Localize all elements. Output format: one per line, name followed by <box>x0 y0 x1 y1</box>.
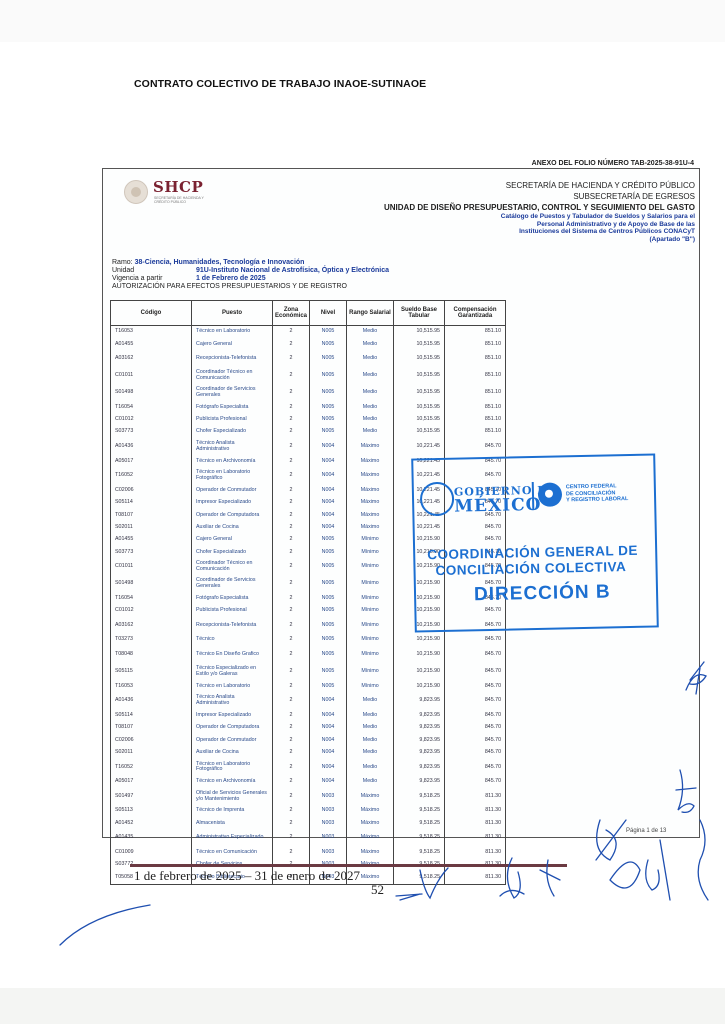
cell-puesto: Chofer Especializado <box>192 546 273 558</box>
cell-puesto: Publicista Profesional <box>192 605 273 617</box>
agency-header: SECRETARÍA DE HACIENDA Y CRÉDITO PÚBLICO… <box>384 180 695 213</box>
cell-sueldo: 9,518.25 <box>394 847 445 859</box>
cell-codigo: A01436 <box>111 693 192 710</box>
cell-codigo: T08107 <box>111 722 192 734</box>
government-seal-icon <box>420 482 455 517</box>
stamp-line-3: DIRECCIÓN B <box>474 581 611 606</box>
cell-zona: 2 <box>273 788 310 805</box>
cell-codigo: A03162 <box>111 617 192 634</box>
cell-compensacion: 845.70 <box>445 646 506 663</box>
table-row: T16054Fotógrafo Especialista2N005Medio10… <box>111 402 506 414</box>
cell-puesto: Técnico en Comunicación <box>192 847 273 859</box>
cell-compensacion: 811.30 <box>445 830 506 847</box>
cell-sueldo: 10,215.90 <box>394 634 445 646</box>
cell-compensacion: 811.30 <box>445 788 506 805</box>
cell-rango: Máximo <box>347 485 394 497</box>
cell-puesto: Administrativo Especializado <box>192 830 273 847</box>
cell-sueldo: 9,823.95 <box>394 759 445 776</box>
table-row: S03773Chofer Especializado2N005Medio10,5… <box>111 426 506 438</box>
cell-nivel: N003 <box>310 847 347 859</box>
cell-rango: Medio <box>347 351 394 368</box>
cell-compensacion: 845.70 <box>445 710 506 722</box>
cell-zona: 2 <box>273 509 310 521</box>
cell-nivel: N005 <box>310 326 347 339</box>
cell-zona: 2 <box>273 693 310 710</box>
cell-nivel: N004 <box>310 776 347 788</box>
cell-rango: Máximo <box>347 847 394 859</box>
cell-zona: 2 <box>273 414 310 426</box>
cell-compensacion: 851.10 <box>445 351 506 368</box>
cell-nivel: N004 <box>310 497 347 509</box>
table-row: C01009Técnico en Comunicación2N003Máximo… <box>111 847 506 859</box>
cell-puesto: Fotógrafo Especialista <box>192 593 273 605</box>
cell-sueldo: 9,823.95 <box>394 734 445 746</box>
cell-nivel: N004 <box>310 485 347 497</box>
cell-nivel: N004 <box>310 710 347 722</box>
cell-puesto: Técnico en Archivonomía <box>192 455 273 467</box>
cell-puesto: Cajero General <box>192 534 273 546</box>
stamp-centro-line: Y REGISTRO LABORAL <box>566 496 628 504</box>
cell-zona: 2 <box>273 368 310 385</box>
cell-compensacion: 851.10 <box>445 368 506 385</box>
cell-nivel: N005 <box>310 593 347 605</box>
cell-rango: Mínimo <box>347 576 394 593</box>
cell-rango: Medio <box>347 414 394 426</box>
catalog-title: Catálogo de Puestos y Tabulador de Sueld… <box>435 213 695 243</box>
cell-puesto: Coordinador de Servicios Generales <box>192 385 273 402</box>
cell-sueldo: 10,215.90 <box>394 663 445 680</box>
cell-zona: 2 <box>273 385 310 402</box>
cell-codigo: S01498 <box>111 576 192 593</box>
cell-codigo: C01012 <box>111 605 192 617</box>
table-row: S05115Técnico Especializado en Estilo y/… <box>111 663 506 680</box>
cell-zona: 2 <box>273 847 310 859</box>
unidad-value: 91U-Instituto Nacional de Astrofísica, Ó… <box>196 267 389 274</box>
cell-puesto: Operador de Computadora <box>192 509 273 521</box>
cell-codigo: S01498 <box>111 385 192 402</box>
table-row: T16052Técnico en Laboratorio Fotográfico… <box>111 759 506 776</box>
cell-rango: Medio <box>347 368 394 385</box>
cell-rango: Medio <box>347 747 394 759</box>
cell-compensacion: 845.70 <box>445 680 506 692</box>
cell-puesto: Almacenista <box>192 818 273 830</box>
cell-codigo: S02011 <box>111 747 192 759</box>
col-puesto: Puesto <box>192 301 273 326</box>
cell-zona: 2 <box>273 680 310 692</box>
cell-compensacion: 845.70 <box>445 438 506 455</box>
cell-puesto: Coordinador de Servicios Generales <box>192 576 273 593</box>
cell-compensacion: 851.10 <box>445 426 506 438</box>
cell-rango: Medio <box>347 693 394 710</box>
table-header-row: Código Puesto Zona Económica Nivel Rango… <box>111 301 506 326</box>
cell-sueldo: 10,515.95 <box>394 351 445 368</box>
catalog-line: (Apartado "B") <box>435 236 695 244</box>
cell-puesto: Auxiliar de Cocina <box>192 522 273 534</box>
cell-sueldo: 9,518.25 <box>394 871 445 884</box>
agency-line-2: SUBSECRETARÍA DE EGRESOS <box>384 191 695 202</box>
table-row: S01497Oficial de Servicios Generales y/o… <box>111 788 506 805</box>
cell-puesto: Recepcionista-Telefonista <box>192 351 273 368</box>
table-row: C02006Operador de Conmutador2N004Medio9,… <box>111 734 506 746</box>
cell-puesto: Fotógrafo Especialista <box>192 402 273 414</box>
cell-nivel: N003 <box>310 830 347 847</box>
cell-codigo: T16054 <box>111 593 192 605</box>
cell-rango: Máximo <box>347 455 394 467</box>
cell-zona: 2 <box>273 559 310 576</box>
cell-sueldo: 9,823.95 <box>394 693 445 710</box>
cell-rango: Medio <box>347 385 394 402</box>
cell-rango: Máximo <box>347 438 394 455</box>
cell-sueldo: 10,515.95 <box>394 414 445 426</box>
cell-codigo: A01455 <box>111 338 192 350</box>
cell-zona: 2 <box>273 747 310 759</box>
cell-rango: Máximo <box>347 522 394 534</box>
cell-puesto: Coordinador Técnico en Comunicación <box>192 368 273 385</box>
cell-zona: 2 <box>273 468 310 485</box>
cell-rango: Medio <box>347 776 394 788</box>
cell-rango: Mínimo <box>347 617 394 634</box>
cell-nivel: N004 <box>310 455 347 467</box>
stamp-line-2: CONCILIACIÓN COLECTIVA <box>435 559 626 578</box>
ramo-label: Ramo: <box>112 259 133 266</box>
cell-zona: 2 <box>273 534 310 546</box>
table-row: S05113Técnico de Imprenta2N003Máximo9,51… <box>111 805 506 817</box>
cell-nivel: N004 <box>310 438 347 455</box>
cell-sueldo: 10,515.95 <box>394 368 445 385</box>
cell-rango: Mínimo <box>347 663 394 680</box>
page-indicator: Página 1 de 13 <box>626 828 666 834</box>
cell-codigo: T16052 <box>111 759 192 776</box>
cell-sueldo: 10,515.95 <box>394 426 445 438</box>
cell-codigo: S05115 <box>111 663 192 680</box>
cell-compensacion: 811.30 <box>445 818 506 830</box>
cell-sueldo: 9,518.25 <box>394 805 445 817</box>
unidad-label: Unidad <box>112 267 194 275</box>
cell-zona: 2 <box>273 402 310 414</box>
cell-zona: 2 <box>273 326 310 339</box>
cell-puesto: Técnico <box>192 634 273 646</box>
cell-zona: 2 <box>273 338 310 350</box>
col-codigo: Código <box>111 301 192 326</box>
cell-sueldo: 10,515.95 <box>394 338 445 350</box>
cell-nivel: N004 <box>310 468 347 485</box>
cell-rango: Máximo <box>347 468 394 485</box>
cell-codigo: A05017 <box>111 455 192 467</box>
cell-rango: Mínimo <box>347 634 394 646</box>
cell-rango: Mínimo <box>347 646 394 663</box>
cell-sueldo: 9,518.25 <box>394 788 445 805</box>
table-row: T16053Técnico en Laboratorio2N005Mínimo1… <box>111 680 506 692</box>
cell-sueldo: 10,215.90 <box>394 646 445 663</box>
table-row: C01012Publicista Profesional2N005Medio10… <box>111 414 506 426</box>
ramo-row: Ramo: 38-Ciencia, Humanidades, Tecnologí… <box>112 259 389 267</box>
cell-sueldo: 9,823.95 <box>394 710 445 722</box>
cell-codigo: T08107 <box>111 509 192 521</box>
cell-zona: 2 <box>273 617 310 634</box>
cell-zona: 2 <box>273 722 310 734</box>
cell-zona: 2 <box>273 830 310 847</box>
cell-nivel: N005 <box>310 414 347 426</box>
centro-federal-icon <box>538 482 562 506</box>
cell-zona: 2 <box>273 634 310 646</box>
cell-nivel: N005 <box>310 646 347 663</box>
cell-sueldo: 9,823.95 <box>394 747 445 759</box>
cell-codigo: A05017 <box>111 776 192 788</box>
catalog-line: Catálogo de Puestos y Tabulador de Sueld… <box>435 213 695 221</box>
cell-puesto: Recepcionista-Telefonista <box>192 617 273 634</box>
signature-mark <box>646 840 670 900</box>
contract-title: CONTRATO COLECTIVO DE TRABAJO INAOE-SUTI… <box>134 78 426 90</box>
col-zona: Zona Económica <box>273 301 310 326</box>
cell-rango: Medio <box>347 402 394 414</box>
cell-sueldo: 10,515.95 <box>394 385 445 402</box>
cell-nivel: N004 <box>310 759 347 776</box>
cell-nivel: N005 <box>310 617 347 634</box>
cell-compensacion: 845.70 <box>445 776 506 788</box>
cell-rango: Máximo <box>347 805 394 817</box>
cell-codigo: S05114 <box>111 710 192 722</box>
cell-nivel: N005 <box>310 368 347 385</box>
cell-puesto: Impresor Especializado <box>192 710 273 722</box>
cell-nivel: N005 <box>310 576 347 593</box>
cell-sueldo: 9,518.25 <box>394 818 445 830</box>
cell-nivel: N005 <box>310 605 347 617</box>
cell-zona: 2 <box>273 497 310 509</box>
cell-nivel: N005 <box>310 426 347 438</box>
cell-compensacion: 845.70 <box>445 634 506 646</box>
cell-rango: Máximo <box>347 788 394 805</box>
cell-codigo: T16053 <box>111 326 192 339</box>
cell-zona: 2 <box>273 593 310 605</box>
cell-sueldo: 10,515.95 <box>394 402 445 414</box>
cell-puesto: Técnico Especializado en Estilo y/o Gale… <box>192 663 273 680</box>
cell-nivel: N004 <box>310 747 347 759</box>
cell-puesto: Técnico Analista Administrativo <box>192 438 273 455</box>
cell-puesto: Técnico en Archivonomía <box>192 776 273 788</box>
cell-sueldo: 10,215.90 <box>394 680 445 692</box>
scan-top-margin <box>0 0 725 42</box>
cell-puesto: Técnico en Laboratorio <box>192 326 273 339</box>
table-row: T03273Técnico2N005Mínimo10,215.90845.70 <box>111 634 506 646</box>
catalog-line: Personal Administrativo y de Apoyo de Ba… <box>435 221 695 229</box>
cell-rango: Mínimo <box>347 605 394 617</box>
cell-nivel: N005 <box>310 680 347 692</box>
cell-codigo: T03273 <box>111 634 192 646</box>
cell-zona: 2 <box>273 805 310 817</box>
cell-codigo: A01455 <box>111 534 192 546</box>
cell-codigo: T16052 <box>111 468 192 485</box>
table-row: S01498Coordinador de Servicios Generales… <box>111 385 506 402</box>
scan-bottom-margin <box>0 988 725 1024</box>
cell-compensacion: 845.70 <box>445 759 506 776</box>
cell-nivel: N004 <box>310 509 347 521</box>
cell-zona: 2 <box>273 546 310 558</box>
cell-nivel: N003 <box>310 788 347 805</box>
catalog-line: Instituciones del Sistema de Centros Púb… <box>435 228 695 236</box>
table-row: S02011Auxiliar de Cocina2N004Medio9,823.… <box>111 747 506 759</box>
cell-sueldo: 10,221.45 <box>394 438 445 455</box>
cell-puesto: Técnico en Laboratorio Fotográfico <box>192 468 273 485</box>
cell-zona: 2 <box>273 710 310 722</box>
cell-compensacion: 845.70 <box>445 747 506 759</box>
cell-puesto: Cajero General <box>192 338 273 350</box>
cell-codigo: C02006 <box>111 485 192 497</box>
cell-compensacion: 811.30 <box>445 871 506 884</box>
cell-nivel: N004 <box>310 734 347 746</box>
cell-nivel: N004 <box>310 693 347 710</box>
cell-nivel: N004 <box>310 522 347 534</box>
cell-codigo: A03162 <box>111 351 192 368</box>
cell-zona: 2 <box>273 485 310 497</box>
centro-federal-text: CENTRO FEDERAL DE CONCILIACIÓN Y REGISTR… <box>566 483 629 504</box>
table-row: T16053Técnico en Laboratorio2N005Medio10… <box>111 326 506 339</box>
agency-line-3: UNIDAD DE DISEÑO PRESUPUESTARIO, CONTROL… <box>384 202 695 213</box>
cell-zona: 2 <box>273 522 310 534</box>
cell-zona: 2 <box>273 759 310 776</box>
cell-puesto: Chofer Especializado <box>192 426 273 438</box>
shcp-logo: SHCP SECRETARÍA DE HACIENDA Y CRÉDITO PÚ… <box>124 178 234 206</box>
cell-compensacion: 845.70 <box>445 663 506 680</box>
cell-codigo: C01009 <box>111 847 192 859</box>
document-meta: Ramo: 38-Ciencia, Humanidades, Tecnologí… <box>112 259 389 291</box>
unidad-row: Unidad 91U-Instituto Nacional de Astrofí… <box>112 267 389 275</box>
cell-nivel: N005 <box>310 663 347 680</box>
cell-compensacion: 845.70 <box>445 734 506 746</box>
cell-puesto: Técnico en Laboratorio <box>192 680 273 692</box>
cell-puesto: Técnico de Imprenta <box>192 805 273 817</box>
cell-rango: Medio <box>347 722 394 734</box>
cell-puesto: Publicista Profesional <box>192 414 273 426</box>
cell-zona: 2 <box>273 455 310 467</box>
cell-nivel: N005 <box>310 385 347 402</box>
cell-zona: 2 <box>273 605 310 617</box>
cell-codigo: S05114 <box>111 497 192 509</box>
cell-codigo: S05113 <box>111 805 192 817</box>
col-nivel: Nivel <box>310 301 347 326</box>
cell-codigo: C01011 <box>111 559 192 576</box>
footer-date-range: 1 de febrero de 2025 – 31 de enero de 20… <box>134 868 360 884</box>
cell-rango: Medio <box>347 426 394 438</box>
signature-mark <box>60 905 150 945</box>
table-row: A05017Técnico en Archivonomía2N004Medio9… <box>111 776 506 788</box>
cell-puesto: Oficial de Servicios Generales y/o Mante… <box>192 788 273 805</box>
footer-rule <box>130 864 567 867</box>
cell-zona: 2 <box>273 426 310 438</box>
cell-codigo: C02006 <box>111 734 192 746</box>
col-rango: Rango Salarial <box>347 301 394 326</box>
table-row: T08107Operador de Computadora2N004Medio9… <box>111 722 506 734</box>
vigencia-value: 1 de Febrero de 2025 <box>196 275 266 282</box>
cell-puesto: Operador de Conmutador <box>192 485 273 497</box>
agency-line-1: SECRETARÍA DE HACIENDA Y CRÉDITO PÚBLICO <box>384 180 695 191</box>
cell-puesto: Operador de Computadora <box>192 722 273 734</box>
cell-puesto: Técnico En Diseño Grafico <box>192 646 273 663</box>
table-row: A01455Cajero General2N005Medio10,515.958… <box>111 338 506 350</box>
footer-page-number: 52 <box>371 882 384 898</box>
cell-puesto: Auxiliar de Cocina <box>192 747 273 759</box>
cell-compensacion: 851.10 <box>445 326 506 339</box>
table-row: A01436Técnico Analista Administrativo2N0… <box>111 438 506 455</box>
cell-rango: Medio <box>347 734 394 746</box>
cell-compensacion: 811.30 <box>445 805 506 817</box>
annex-folio: ANEXO DEL FOLIO NÚMERO TAB-2025-38-91U-4 <box>532 160 694 167</box>
logo-brand: SHCP <box>153 178 203 196</box>
cell-rango: Medio <box>347 326 394 339</box>
table-row: A01436Técnico Analista Administrativo2N0… <box>111 693 506 710</box>
cell-codigo: T16053 <box>111 680 192 692</box>
cell-nivel: N003 <box>310 818 347 830</box>
authorization-heading: AUTORIZACIÓN PARA EFECTOS PRESUPUESTARIO… <box>112 283 389 291</box>
cell-codigo: T08048 <box>111 646 192 663</box>
cell-nivel: N005 <box>310 559 347 576</box>
table-row: A01452Almacenista2N003Máximo9,518.25811.… <box>111 818 506 830</box>
cell-codigo: S03773 <box>111 546 192 558</box>
cell-sueldo: 9,823.95 <box>394 776 445 788</box>
cell-nivel: N005 <box>310 634 347 646</box>
table-row: T08048Técnico En Diseño Grafico2N005Míni… <box>111 646 506 663</box>
cell-rango: Mínimo <box>347 593 394 605</box>
cell-rango: Mínimo <box>347 680 394 692</box>
cell-nivel: N004 <box>310 722 347 734</box>
cell-codigo: A01435 <box>111 830 192 847</box>
cell-sueldo: 9,518.25 <box>394 830 445 847</box>
vigencia-row: Vigencia a partir 1 de Febrero de 2025 <box>112 275 389 283</box>
cell-zona: 2 <box>273 351 310 368</box>
cell-zona: 2 <box>273 776 310 788</box>
cell-compensacion: 845.70 <box>445 722 506 734</box>
cell-codigo: T16054 <box>111 402 192 414</box>
cell-codigo: S03773 <box>111 426 192 438</box>
cell-rango: Medio <box>347 338 394 350</box>
cell-sueldo: 10,515.95 <box>394 326 445 339</box>
signature-mark <box>396 894 422 900</box>
cell-nivel: N003 <box>310 805 347 817</box>
table-row: C01011Coordinador Técnico en Comunicació… <box>111 368 506 385</box>
cell-puesto: Técnico Analista Administrativo <box>192 693 273 710</box>
cell-codigo: A01436 <box>111 438 192 455</box>
cell-zona: 2 <box>273 663 310 680</box>
cell-compensacion: 851.10 <box>445 402 506 414</box>
cell-codigo: C01012 <box>111 414 192 426</box>
cell-compensacion: 811.30 <box>445 847 506 859</box>
cell-nivel: N005 <box>310 546 347 558</box>
table-row: A03162Recepcionista-Telefonista2N005Medi… <box>111 351 506 368</box>
cell-puesto: Operador de Conmutador <box>192 734 273 746</box>
cell-zona: 2 <box>273 734 310 746</box>
cell-rango: Máximo <box>347 830 394 847</box>
cell-puesto: Impresor Especializado <box>192 497 273 509</box>
table-row: S05114Impresor Especializado2N004Medio9,… <box>111 710 506 722</box>
cell-codigo: A01452 <box>111 818 192 830</box>
national-seal-icon <box>124 180 148 204</box>
cell-rango: Mínimo <box>347 534 394 546</box>
col-sueldo: Sueldo Base Tabular <box>394 301 445 326</box>
cell-codigo: C01011 <box>111 368 192 385</box>
cell-codigo: S02011 <box>111 522 192 534</box>
vigencia-label: Vigencia a partir <box>112 275 194 283</box>
cell-nivel: N005 <box>310 351 347 368</box>
cell-codigo: S01497 <box>111 788 192 805</box>
cell-rango: Medio <box>347 759 394 776</box>
cell-compensacion: 851.10 <box>445 338 506 350</box>
cell-puesto: Técnico en Laboratorio Fotográfico <box>192 759 273 776</box>
conciliation-stamp: GOBIERNO DE MÉXICO CENTRO FEDERAL DE CON… <box>411 453 659 632</box>
cell-zona: 2 <box>273 438 310 455</box>
cell-rango: Máximo <box>347 818 394 830</box>
ramo-value: 38-Ciencia, Humanidades, Tecnología e In… <box>135 259 305 266</box>
cell-nivel: N005 <box>310 338 347 350</box>
cell-rango: Mínimo <box>347 559 394 576</box>
